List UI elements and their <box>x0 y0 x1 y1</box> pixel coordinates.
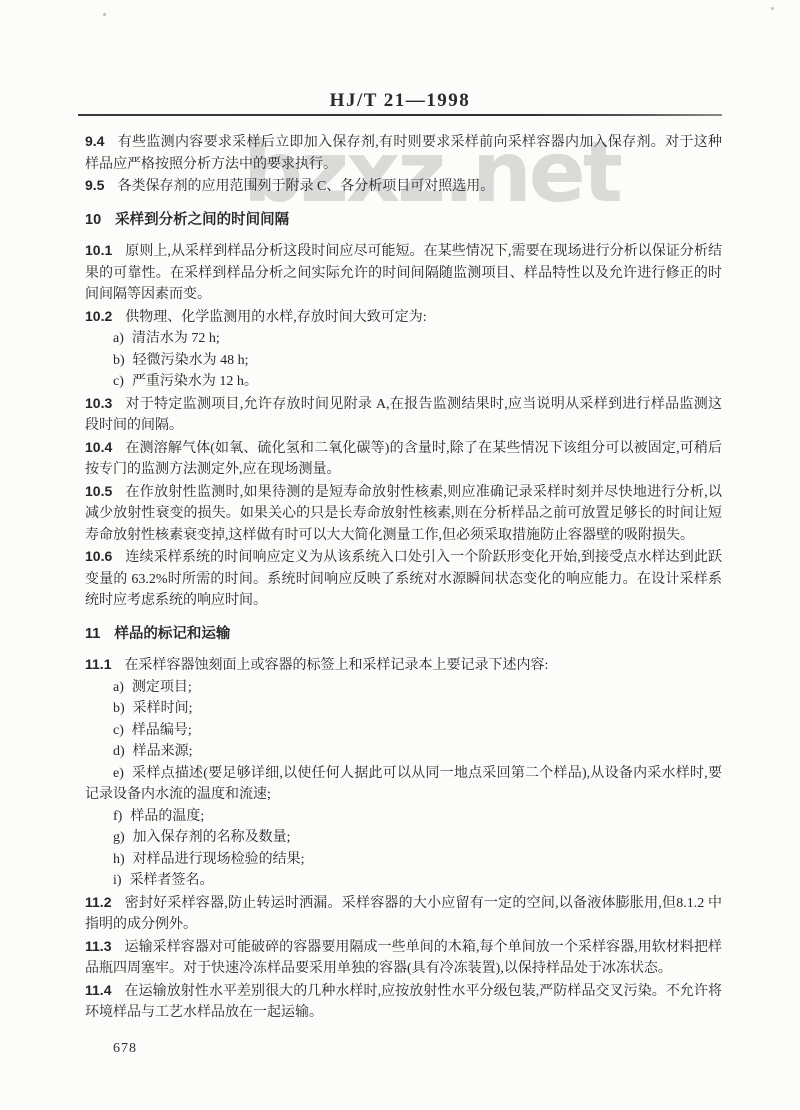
clause-paragraph: 10.4在测溶解气体(如氧、硫化氢和二氧化碳等)的含量时,除了在某些情况下该组分… <box>85 437 722 481</box>
list-letter: h) <box>113 852 125 867</box>
clause-text: 运输采样容器对可能破碎的容器要用隔成一些单间的木箱,每个单间放一个采样容器,用软… <box>85 940 722 977</box>
list-item: c)严重污染水为 12 h。 <box>85 371 722 393</box>
clause-text: 各类保存剂的应用范围列于附录 C、各分析项目可对照选用。 <box>117 179 494 194</box>
clause-paragraph: 10.6连续采样系统的时间响应定义为从该系统入口处引入一个阶跃形变化开始,到接受… <box>85 546 722 612</box>
clause-number: 10.3 <box>85 395 112 411</box>
clause-paragraph: 10.1原则上,从采样到样品分析这段时间应尽可能短。在某些情况下,需要在现场进行… <box>85 240 722 306</box>
clause-text: 对于特定监测项目,允许存放时间见附录 A,在报告监测结果时,应当说明从采样到进行… <box>85 397 722 434</box>
clause-text: 在采样容器蚀刻面上或容器的标签上和采样记录本上要记录下述内容: <box>124 658 548 673</box>
clause-number: 10.1 <box>85 242 112 258</box>
list-item: f)样品的温度; <box>85 806 722 828</box>
clause-text: 在测溶解气体(如氧、硫化氢和二氧化碳等)的含量时,除了在某些情况下该组分可以被固… <box>85 441 722 478</box>
list-item: e)采样点描述(要足够详细,以使任何人据此可以从同一地点采回第二个样品),从设备… <box>85 763 722 806</box>
clause-text: 样品的温度; <box>130 809 204 824</box>
list-item: b)采样时间; <box>85 698 722 720</box>
list-letter: a) <box>113 680 124 695</box>
clause-text: 原则上,从采样到样品分析这段时间应尽可能短。在某些情况下,需要在现场进行分析以保… <box>85 244 722 302</box>
document-content: 9.4有些监测内容要求采样后立即加入保存剂,有时则要求采样前向采样容器内加入保存… <box>85 131 722 1024</box>
clause-text: 采样时间; <box>133 701 193 716</box>
clause-text: 测定项目; <box>132 680 192 695</box>
list-item: b)轻微污染水为 48 h; <box>85 350 722 372</box>
list-item: g)加入保存剂的名称及数量; <box>85 827 722 849</box>
clause-text: 连续采样系统的时间响应定义为从该系统入口处引入一个阶跃形变化开始,到接受点水样达… <box>85 550 722 608</box>
clause-paragraph: 11.4在运输放射性水平差别很大的几种水样时,应按放射性水平分级包装,严防样品交… <box>85 980 722 1024</box>
clause-number: 11 <box>85 626 100 642</box>
clause-text: 样品编号; <box>132 723 192 738</box>
document-page: HJ/T 21—1998 bzxz.net 9.4有些监测内容要求采样后立即加入… <box>0 0 800 1110</box>
standard-code: HJ/T 21—1998 <box>0 90 800 112</box>
list-letter: b) <box>113 353 125 368</box>
list-letter: b) <box>113 701 125 716</box>
clause-number: 10.6 <box>85 548 112 564</box>
page-number: 678 <box>113 1041 137 1057</box>
clause-number: 11.1 <box>85 656 111 672</box>
list-item: i)采样者签名。 <box>85 870 722 892</box>
clause-text: 在作放射性监测时,如果待测的是短寿命放射性核素,则应准确记录采样时刻并尽快地进行… <box>85 485 722 543</box>
list-letter: a) <box>113 331 124 346</box>
clause-text: 轻微污染水为 48 h; <box>133 353 249 368</box>
clause-text: 加入保存剂的名称及数量; <box>133 830 291 845</box>
clause-number: 11.4 <box>85 982 111 998</box>
clause-text: 对样品进行现场检验的结果; <box>133 852 305 867</box>
clause-text: 清洁水为 72 h; <box>132 331 220 346</box>
clause-paragraph: 10.2供物理、化学监测用的水样,存放时间大致可定为: <box>85 306 722 329</box>
clause-paragraph: 11.1在采样容器蚀刻面上或容器的标签上和采样记录本上要记录下述内容: <box>85 654 722 677</box>
clause-paragraph: 11.2密封好采样容器,防止转运时洒漏。采样容器的大小应留有一定的空间,以备液体… <box>85 892 722 936</box>
clause-number: 10.2 <box>85 308 112 324</box>
list-item: c)样品编号; <box>85 720 722 742</box>
clause-text: 样品来源; <box>133 744 193 759</box>
clause-paragraph: 9.4有些监测内容要求采样后立即加入保存剂,有时则要求采样前向采样容器内加入保存… <box>85 131 722 175</box>
list-item: d)样品来源; <box>85 741 722 763</box>
list-item: a)清洁水为 72 h; <box>85 328 722 350</box>
list-letter: e) <box>113 766 124 781</box>
clause-text: 在运输放射性水平差别很大的几种水样时,应按放射性水平分级包装,严防样品交叉污染。… <box>85 984 722 1021</box>
clause-number: 10.5 <box>85 483 112 499</box>
heading-text: 样品的标记和运输 <box>114 626 230 642</box>
clause-number: 11.2 <box>85 894 111 910</box>
list-item: a)测定项目; <box>85 677 722 699</box>
clause-paragraph: 11.3运输采样容器对可能破碎的容器要用隔成一些单间的木箱,每个单间放一个采样容… <box>85 936 722 980</box>
clause-text: 密封好采样容器,防止转运时洒漏。采样容器的大小应留有一定的空间,以备液体膨胀用,… <box>85 896 722 933</box>
clause-number: 11.3 <box>85 938 111 954</box>
clause-paragraph: 10.3对于特定监测项目,允许存放时间见附录 A,在报告监测结果时,应当说明从采… <box>85 393 722 437</box>
clause-text: 有些监测内容要求采样后立即加入保存剂,有时则要求采样前向采样容器内加入保存剂。对… <box>85 135 722 172</box>
clause-text: 采样者签名。 <box>130 873 214 888</box>
list-letter: f) <box>113 809 122 824</box>
clause-number: 10.4 <box>85 439 112 455</box>
list-letter: c) <box>113 374 124 389</box>
clause-text: 供物理、化学监测用的水样,存放时间大致可定为: <box>125 310 426 325</box>
list-letter: g) <box>113 830 125 845</box>
header-rule <box>78 114 722 116</box>
section-heading: 11样品的标记和运输 <box>85 624 722 646</box>
list-letter: i) <box>113 873 122 888</box>
clause-number: 9.4 <box>85 133 104 149</box>
list-item: h)对样品进行现场检验的结果; <box>85 849 722 871</box>
list-letter: d) <box>113 744 125 759</box>
list-letter: c) <box>113 723 124 738</box>
clause-paragraph: 9.5各类保存剂的应用范围列于附录 C、各分析项目可对照选用。 <box>85 175 722 198</box>
section-heading: 10采样到分析之间的时间间隔 <box>85 210 722 232</box>
clause-text: 严重污染水为 12 h。 <box>132 374 258 389</box>
clause-number: 10 <box>85 212 101 228</box>
clause-text: 采样点描述(要足够详细,以使任何人据此可以从同一地点采回第二个样品),从设备内采… <box>85 766 722 803</box>
clause-paragraph: 10.5在作放射性监测时,如果待测的是短寿命放射性核素,则应准确记录采样时刻并尽… <box>85 481 722 547</box>
clause-number: 9.5 <box>85 177 104 193</box>
heading-text: 采样到分析之间的时间间隔 <box>115 212 289 228</box>
